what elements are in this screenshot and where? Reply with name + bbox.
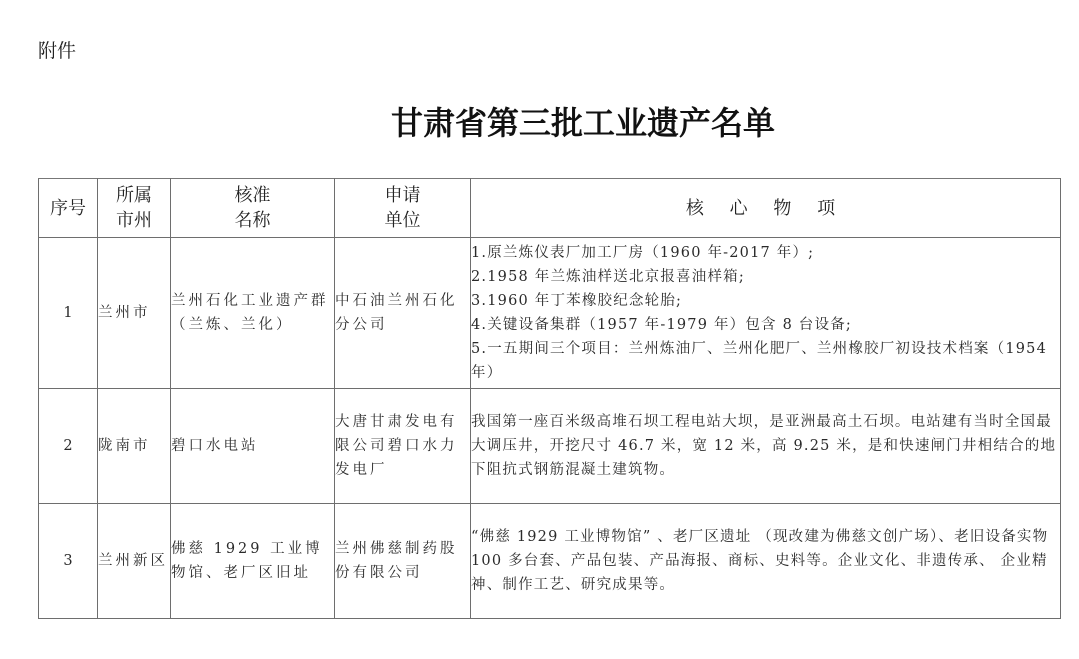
- table-header-row: 序号 所属市州 核准名称 申请单位 核 心 物 项: [39, 179, 1061, 238]
- cell-name: 碧口水电站: [171, 389, 335, 504]
- cell-city: 陇南市: [98, 389, 171, 504]
- table-row: 2 陇南市 碧口水电站 大唐甘肃发电有限公司碧口水力发电厂 我国第一座百米级高堆…: [39, 389, 1061, 504]
- table-row: 1 兰州市 兰州石化工业遗产群（兰炼、兰化） 中石油兰州石化分公司 1.原兰炼仪…: [39, 238, 1061, 389]
- cell-unit: 兰州佛慈制药股份有限公司: [335, 504, 471, 619]
- header-city: 所属市州: [98, 179, 171, 238]
- cell-core-items: 我国第一座百米级高堆石坝工程电站大坝，是亚洲最高土石坝。电站建有当时全国最大调压…: [471, 389, 1061, 504]
- cell-name: 兰州石化工业遗产群（兰炼、兰化）: [171, 238, 335, 389]
- page-title: 甘肃省第三批工业遗产名单: [0, 98, 1079, 144]
- core-item: 2.1958 年兰炼油样送北京报喜油样箱;: [471, 265, 1060, 289]
- table-row: 3 兰州新区 佛慈 1929 工业博物馆、老厂区旧址 兰州佛慈制药股份有限公司 …: [39, 504, 1061, 619]
- cell-unit: 中石油兰州石化分公司: [335, 238, 471, 389]
- core-item: 3.1960 年丁苯橡胶纪念轮胎;: [471, 289, 1060, 313]
- cell-city: 兰州新区: [98, 504, 171, 619]
- cell-seq: 3: [39, 504, 98, 619]
- attachment-label: 附件: [38, 36, 76, 63]
- heritage-list-table: 序号 所属市州 核准名称 申请单位 核 心 物 项 1 兰州市 兰州石化工业遗产…: [38, 178, 1061, 619]
- cell-unit: 大唐甘肃发电有限公司碧口水力发电厂: [335, 389, 471, 504]
- core-item: 4.关键设备集群（1957 年-1979 年）包含 8 台设备;: [471, 313, 1060, 337]
- cell-city: 兰州市: [98, 238, 171, 389]
- core-item: 1.原兰炼仪表厂加工厂房（1960 年-2017 年）;: [471, 241, 1060, 265]
- core-item: 5.一五期间三个项目：兰州炼油厂、兰州化肥厂、兰州橡胶厂初设技术档案（1954 …: [471, 337, 1060, 385]
- header-unit: 申请单位: [335, 179, 471, 238]
- header-seq: 序号: [39, 179, 98, 238]
- header-core-items: 核 心 物 项: [471, 179, 1061, 238]
- header-name: 核准名称: [171, 179, 335, 238]
- cell-seq: 2: [39, 389, 98, 504]
- cell-seq: 1: [39, 238, 98, 389]
- cell-core-items: “佛慈 1929 工业博物馆” 、老厂区遗址 （现改建为佛慈文创广场）、老旧设备…: [471, 504, 1061, 619]
- cell-name: 佛慈 1929 工业博物馆、老厂区旧址: [171, 504, 335, 619]
- cell-core-items: 1.原兰炼仪表厂加工厂房（1960 年-2017 年）; 2.1958 年兰炼油…: [471, 238, 1061, 389]
